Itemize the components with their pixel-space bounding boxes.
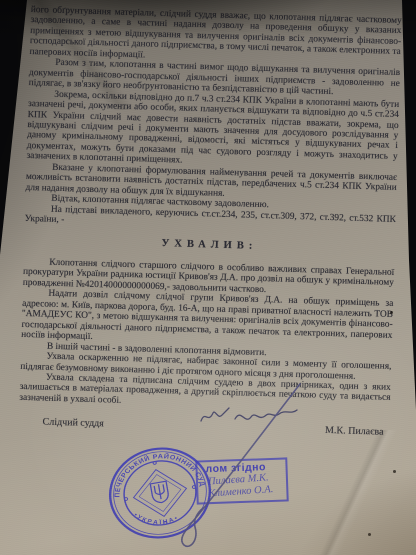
judge-name: М.К. Пилаєва: [325, 426, 384, 438]
paper-sheet: його обґрунтування матеріали, слідчий су…: [0, 0, 416, 555]
dust-speck: [404, 40, 407, 43]
trident-emblem-icon: [150, 481, 169, 504]
judge-role-label: Слідчий суддя: [42, 418, 104, 430]
dust-speck: [393, 470, 396, 473]
document-content: його обґрунтування матеріали, слідчий су…: [18, 5, 401, 439]
signature-row: Слідчий суддя М.К. Пилаєва: [18, 417, 389, 438]
document-paragraph: Зокрема, оскільки відповідно до п.7 ч.3 …: [26, 89, 399, 173]
ruling-heading: УХВАЛИВ:: [24, 234, 395, 255]
dust-speck: [390, 311, 393, 314]
paper-crease: [300, 430, 410, 555]
document-photo: його обґрунтування матеріали, слідчий су…: [0, 0, 416, 555]
certification-stamp: лом згідно Пилаєва М.К. Клименко О.А.: [195, 457, 288, 504]
svg-text:• У К Р А Ї Н А •: • У К Р А Ї Н А •: [131, 505, 179, 531]
dust-speck: [368, 533, 371, 536]
